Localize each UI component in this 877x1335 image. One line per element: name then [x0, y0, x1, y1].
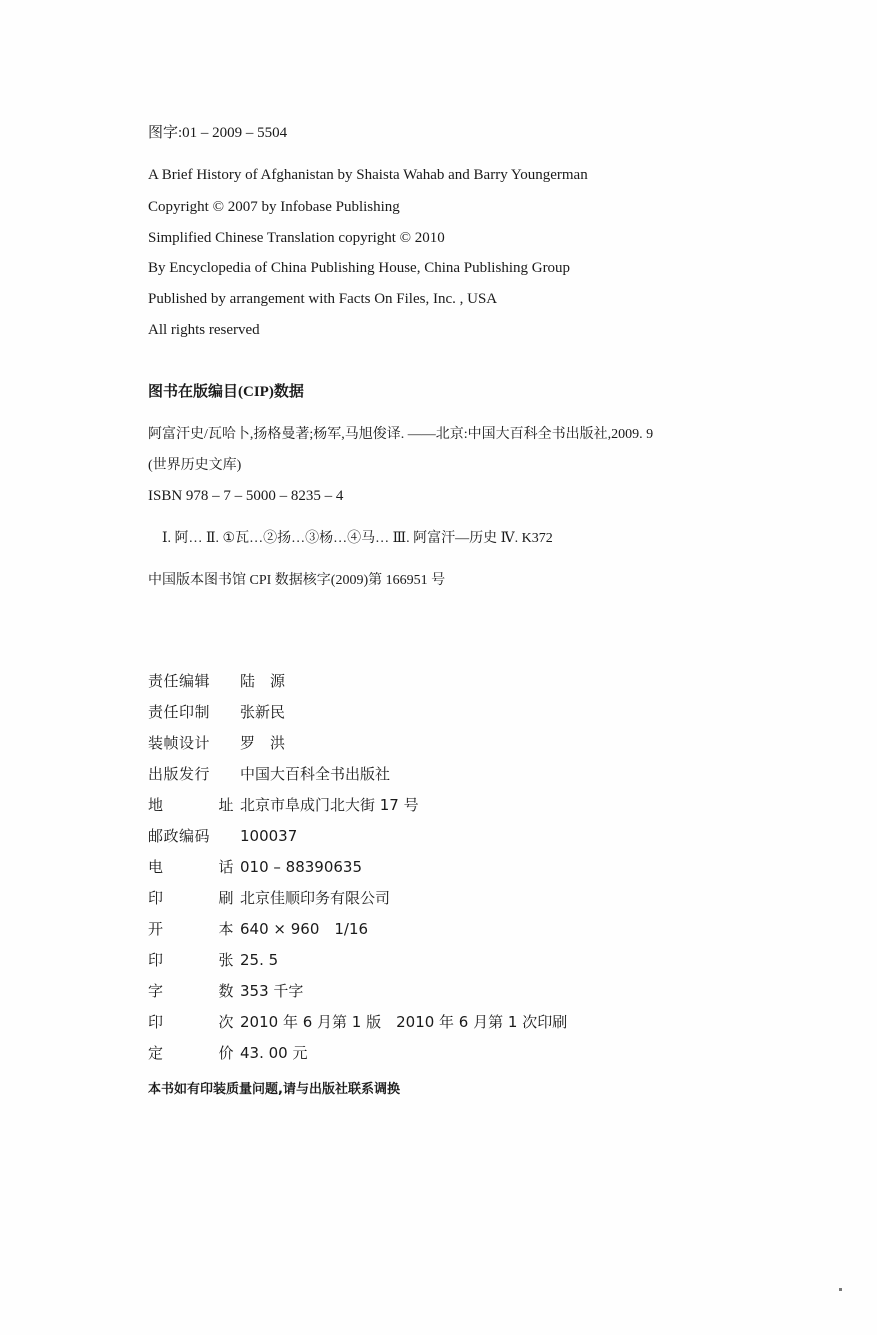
credit-value: 43. 00 元	[240, 1042, 307, 1063]
credit-label-char: 印	[148, 949, 164, 970]
credit-label-char: 字	[148, 980, 164, 1001]
credit-label: 印 张	[148, 949, 234, 970]
cip-entry: 阿富汗史/瓦哈卜,扬格曼著;杨军,马旭俊译. ——北京:中国大百科全书出版社,2…	[148, 426, 653, 444]
english-rights-line: By Encyclopedia of China Publishing Hous…	[148, 259, 570, 277]
cip-series: (世界历史文库)	[148, 457, 241, 475]
english-rights-line: Published by arrangement with Facts On F…	[148, 290, 497, 308]
cip-title: 图书在版编目(CIP)数据	[148, 383, 304, 401]
credit-row-publisher: 出版发行 中国大百科全书出版社	[148, 758, 567, 789]
credit-row-phone: 电 话 010 – 88390635	[148, 851, 567, 882]
credit-row-editor: 责任编辑 陆 源	[148, 665, 567, 696]
credit-label-char: 数	[218, 980, 234, 1001]
credit-value: 中国大百科全书出版社	[240, 763, 390, 784]
credit-label: 装帧设计	[148, 732, 234, 753]
credit-row-price: 定 价 43. 00 元	[148, 1037, 567, 1068]
cip-isbn: ISBN 978 – 7 – 5000 – 8235 – 4	[148, 487, 343, 505]
credit-row-address: 地 址 北京市阜成门北大街 17 号	[148, 789, 567, 820]
copyright-page: 图字:01 – 2009 – 5504 A Brief History of A…	[0, 0, 877, 1335]
cip-classification: Ⅰ. 阿… Ⅱ. ①瓦…②扬…③杨…④马… Ⅲ. 阿富汗—历史 Ⅳ. K372	[162, 530, 553, 548]
credit-label-char: 刷	[218, 887, 234, 908]
credit-value: 353 千字	[240, 980, 303, 1001]
credit-row-sheets: 印 张 25. 5	[148, 944, 567, 975]
credit-label-char: 开	[148, 918, 164, 939]
credit-label-char: 地	[148, 794, 164, 815]
credit-value: 罗 洪	[240, 732, 285, 753]
credit-row-postcode: 邮政编码 100037	[148, 820, 567, 851]
cip-core-number: 中国版本图书馆 CPI 数据核字(2009)第 166951 号	[148, 572, 445, 590]
credit-row-format: 开 本 640 × 960 1/16	[148, 913, 567, 944]
credit-label-char: 次	[218, 1011, 234, 1032]
english-rights-line: A Brief History of Afghanistan by Shaist…	[148, 166, 588, 184]
scan-speck	[839, 1288, 842, 1291]
credit-label: 出版发行	[148, 763, 234, 784]
credit-label-char: 价	[218, 1042, 234, 1063]
credit-label: 印 刷	[148, 887, 234, 908]
credit-value: 张新民	[240, 701, 285, 722]
english-rights-line: Copyright © 2007 by Infobase Publishing	[148, 198, 400, 216]
credit-value: 010 – 88390635	[240, 858, 362, 876]
credit-label-char: 印	[148, 887, 164, 908]
publication-credits: 责任编辑 陆 源 责任印制 张新民 装帧设计 罗 洪 出版发行 中国大百科全书出…	[148, 665, 567, 1068]
credit-label: 定 价	[148, 1042, 234, 1063]
credit-label-char: 张	[218, 949, 234, 970]
credit-row-print-supervisor: 责任印制 张新民	[148, 696, 567, 727]
credit-label: 责任编辑	[148, 670, 234, 691]
credit-label: 印 次	[148, 1011, 234, 1032]
registration-number: 图字:01 – 2009 – 5504	[148, 124, 287, 142]
credit-row-word-count: 字 数 353 千字	[148, 975, 567, 1006]
credit-value: 100037	[240, 827, 297, 845]
credit-value: 25. 5	[240, 951, 278, 969]
english-rights-line: All rights reserved	[148, 321, 260, 339]
english-rights-line: Simplified Chinese Translation copyright…	[148, 229, 445, 247]
credit-label: 责任印制	[148, 701, 234, 722]
credit-label-char: 本	[218, 918, 234, 939]
credit-label-char: 定	[148, 1042, 164, 1063]
credit-value: 北京佳顺印务有限公司	[240, 887, 390, 908]
credit-label-char: 址	[218, 794, 234, 815]
credit-value: 陆 源	[240, 670, 285, 691]
credit-label: 电 话	[148, 856, 234, 877]
credit-value: 640 × 960 1/16	[240, 918, 368, 939]
credit-row-edition: 印 次 2010 年 6 月第 1 版 2010 年 6 月第 1 次印刷	[148, 1006, 567, 1037]
credit-row-printer: 印 刷 北京佳顺印务有限公司	[148, 882, 567, 913]
credit-label-char: 话	[218, 856, 234, 877]
credit-label-char: 印	[148, 1011, 164, 1032]
credit-label: 地 址	[148, 794, 234, 815]
credit-label-char: 电	[148, 856, 164, 877]
credit-value: 北京市阜成门北大街 17 号	[240, 794, 419, 815]
credit-label: 字 数	[148, 980, 234, 1001]
credit-label: 开 本	[148, 918, 234, 939]
credit-label: 邮政编码	[148, 825, 234, 846]
credit-value: 2010 年 6 月第 1 版 2010 年 6 月第 1 次印刷	[240, 1011, 567, 1032]
quality-notice: 本书如有印装质量问题,请与出版社联系调换	[148, 1078, 400, 1097]
credit-row-designer: 装帧设计 罗 洪	[148, 727, 567, 758]
